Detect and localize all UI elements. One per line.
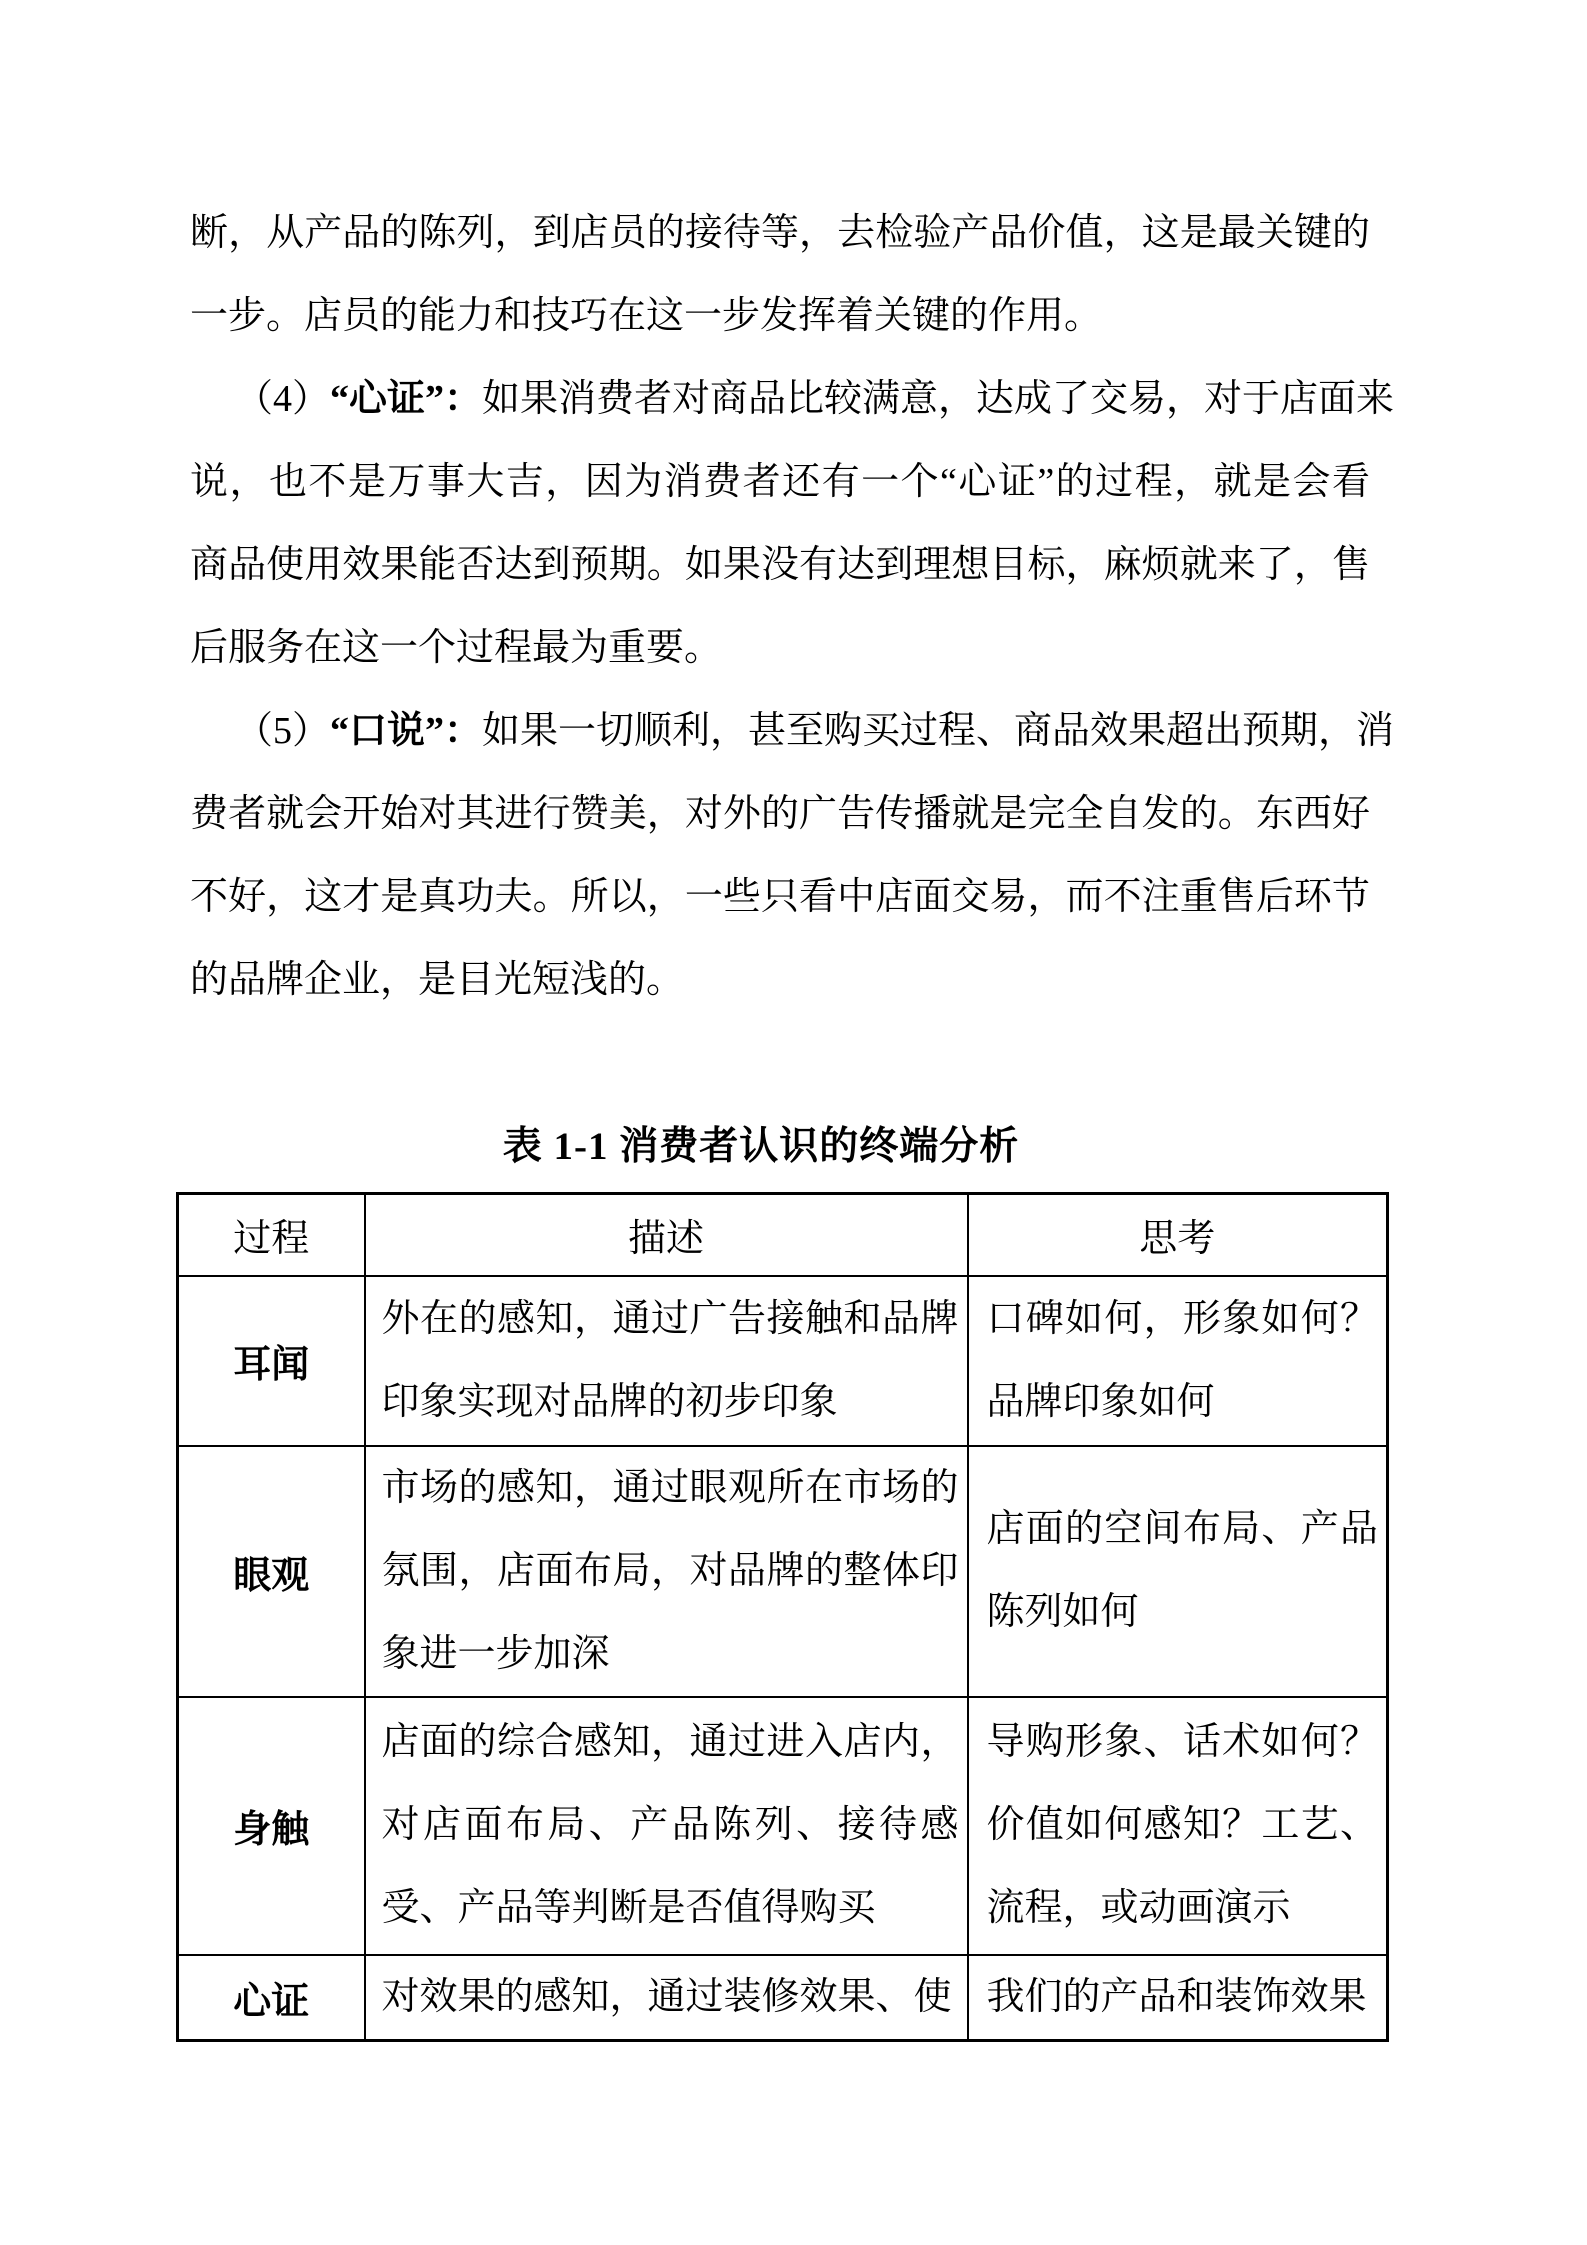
body-line: 后服务在这一个过程最为重要。 [190, 607, 1370, 690]
table-row: 耳闻 外在的感知，通过广告接触和品牌印象实现对品牌的初步印象 口碑如何，形象如何… [178, 1276, 1388, 1446]
body-line: 一步。店员的能力和技巧在这一步发挥着关键的作用。 [190, 275, 1370, 358]
body-line-para4-start: （4）“心证”：如果消费者对商品比较满意，达成了交易，对于店面来 [190, 358, 1370, 441]
table-header-row: 过程 描述 思考 [178, 1194, 1388, 1276]
body-line: 商品使用效果能否达到预期。如果没有达到理想目标，麻烦就来了，售 [190, 524, 1370, 607]
cell-process: 心证 [178, 1955, 365, 2041]
body-line: 说，也不是万事大吉，因为消费者还有一个“心证”的过程，就是会看 [190, 441, 1370, 524]
body-line: 费者就会开始对其进行赞美，对外的广告传播就是完全自发的。东西好 [190, 773, 1370, 856]
cell-description: 店面的综合感知，通过进入店内，对店面布局、产品陈列、接待感受、产品等判断是否值得… [365, 1697, 968, 1955]
column-header-description: 描述 [365, 1194, 968, 1276]
body-line-text: 如果一切顺利，甚至购买过程、商品效果超出预期，消 [482, 710, 1394, 752]
cell-description: 市场的感知，通过眼观所在市场的氛围，店面布局，对品牌的整体印象进一步加深 [365, 1446, 968, 1697]
table-row: 心证 对效果的感知，通过装修效果、使 我们的产品和装饰效果 [178, 1955, 1388, 2041]
emphasis-term: “口说”： [330, 710, 482, 752]
cell-process: 眼观 [178, 1446, 365, 1697]
table-row: 眼观 市场的感知，通过眼观所在市场的氛围，店面布局，对品牌的整体印象进一步加深 … [178, 1446, 1388, 1697]
paragraph-number: （5） [235, 710, 330, 752]
cell-description: 对效果的感知，通过装修效果、使 [365, 1955, 968, 2041]
body-line: 断，从产品的陈列，到店员的接待等，去检验产品价值，这是最关键的 [190, 192, 1370, 275]
cell-description: 外在的感知，通过广告接触和品牌印象实现对品牌的初步印象 [365, 1276, 968, 1446]
cell-thinking: 店面的空间布局、产品陈列如何 [968, 1446, 1388, 1697]
table-row: 身触 店面的综合感知，通过进入店内，对店面布局、产品陈列、接待感受、产品等判断是… [178, 1697, 1388, 1955]
consumer-analysis-table: 过程 描述 思考 耳闻 外在的感知，通过广告接触和品牌印象实现对品牌的初步印象 … [176, 1192, 1389, 2042]
paragraph-number: （4） [235, 378, 330, 420]
document-page: 断，从产品的陈列，到店员的接待等，去检验产品价值，这是最关键的 一步。店员的能力… [0, 0, 1587, 2245]
body-line: 不好，这才是真功夫。所以，一些只看中店面交易，而不注重售后环节 [190, 856, 1370, 939]
body-line: 的品牌企业，是目光短浅的。 [190, 939, 1370, 1022]
cell-thinking: 我们的产品和装饰效果 [968, 1955, 1388, 2041]
body-line-para5-start: （5）“口说”：如果一切顺利，甚至购买过程、商品效果超出预期，消 [190, 690, 1370, 773]
cell-process: 耳闻 [178, 1276, 365, 1446]
body-line-text: 如果消费者对商品比较满意，达成了交易，对于店面来 [482, 378, 1394, 420]
emphasis-term: “心证”： [330, 378, 482, 420]
table-title: 表 1-1 消费者认识的终端分析 [176, 1122, 1346, 1172]
body-text: 断，从产品的陈列，到店员的接待等，去检验产品价值，这是最关键的 一步。店员的能力… [190, 192, 1370, 1022]
cell-process: 身触 [178, 1697, 365, 1955]
cell-thinking: 导购形象、话术如何？价值如何感知？工艺、流程，或动画演示 [968, 1697, 1388, 1955]
column-header-process: 过程 [178, 1194, 365, 1276]
cell-thinking: 口碑如何，形象如何？品牌印象如何 [968, 1276, 1388, 1446]
column-header-thinking: 思考 [968, 1194, 1388, 1276]
